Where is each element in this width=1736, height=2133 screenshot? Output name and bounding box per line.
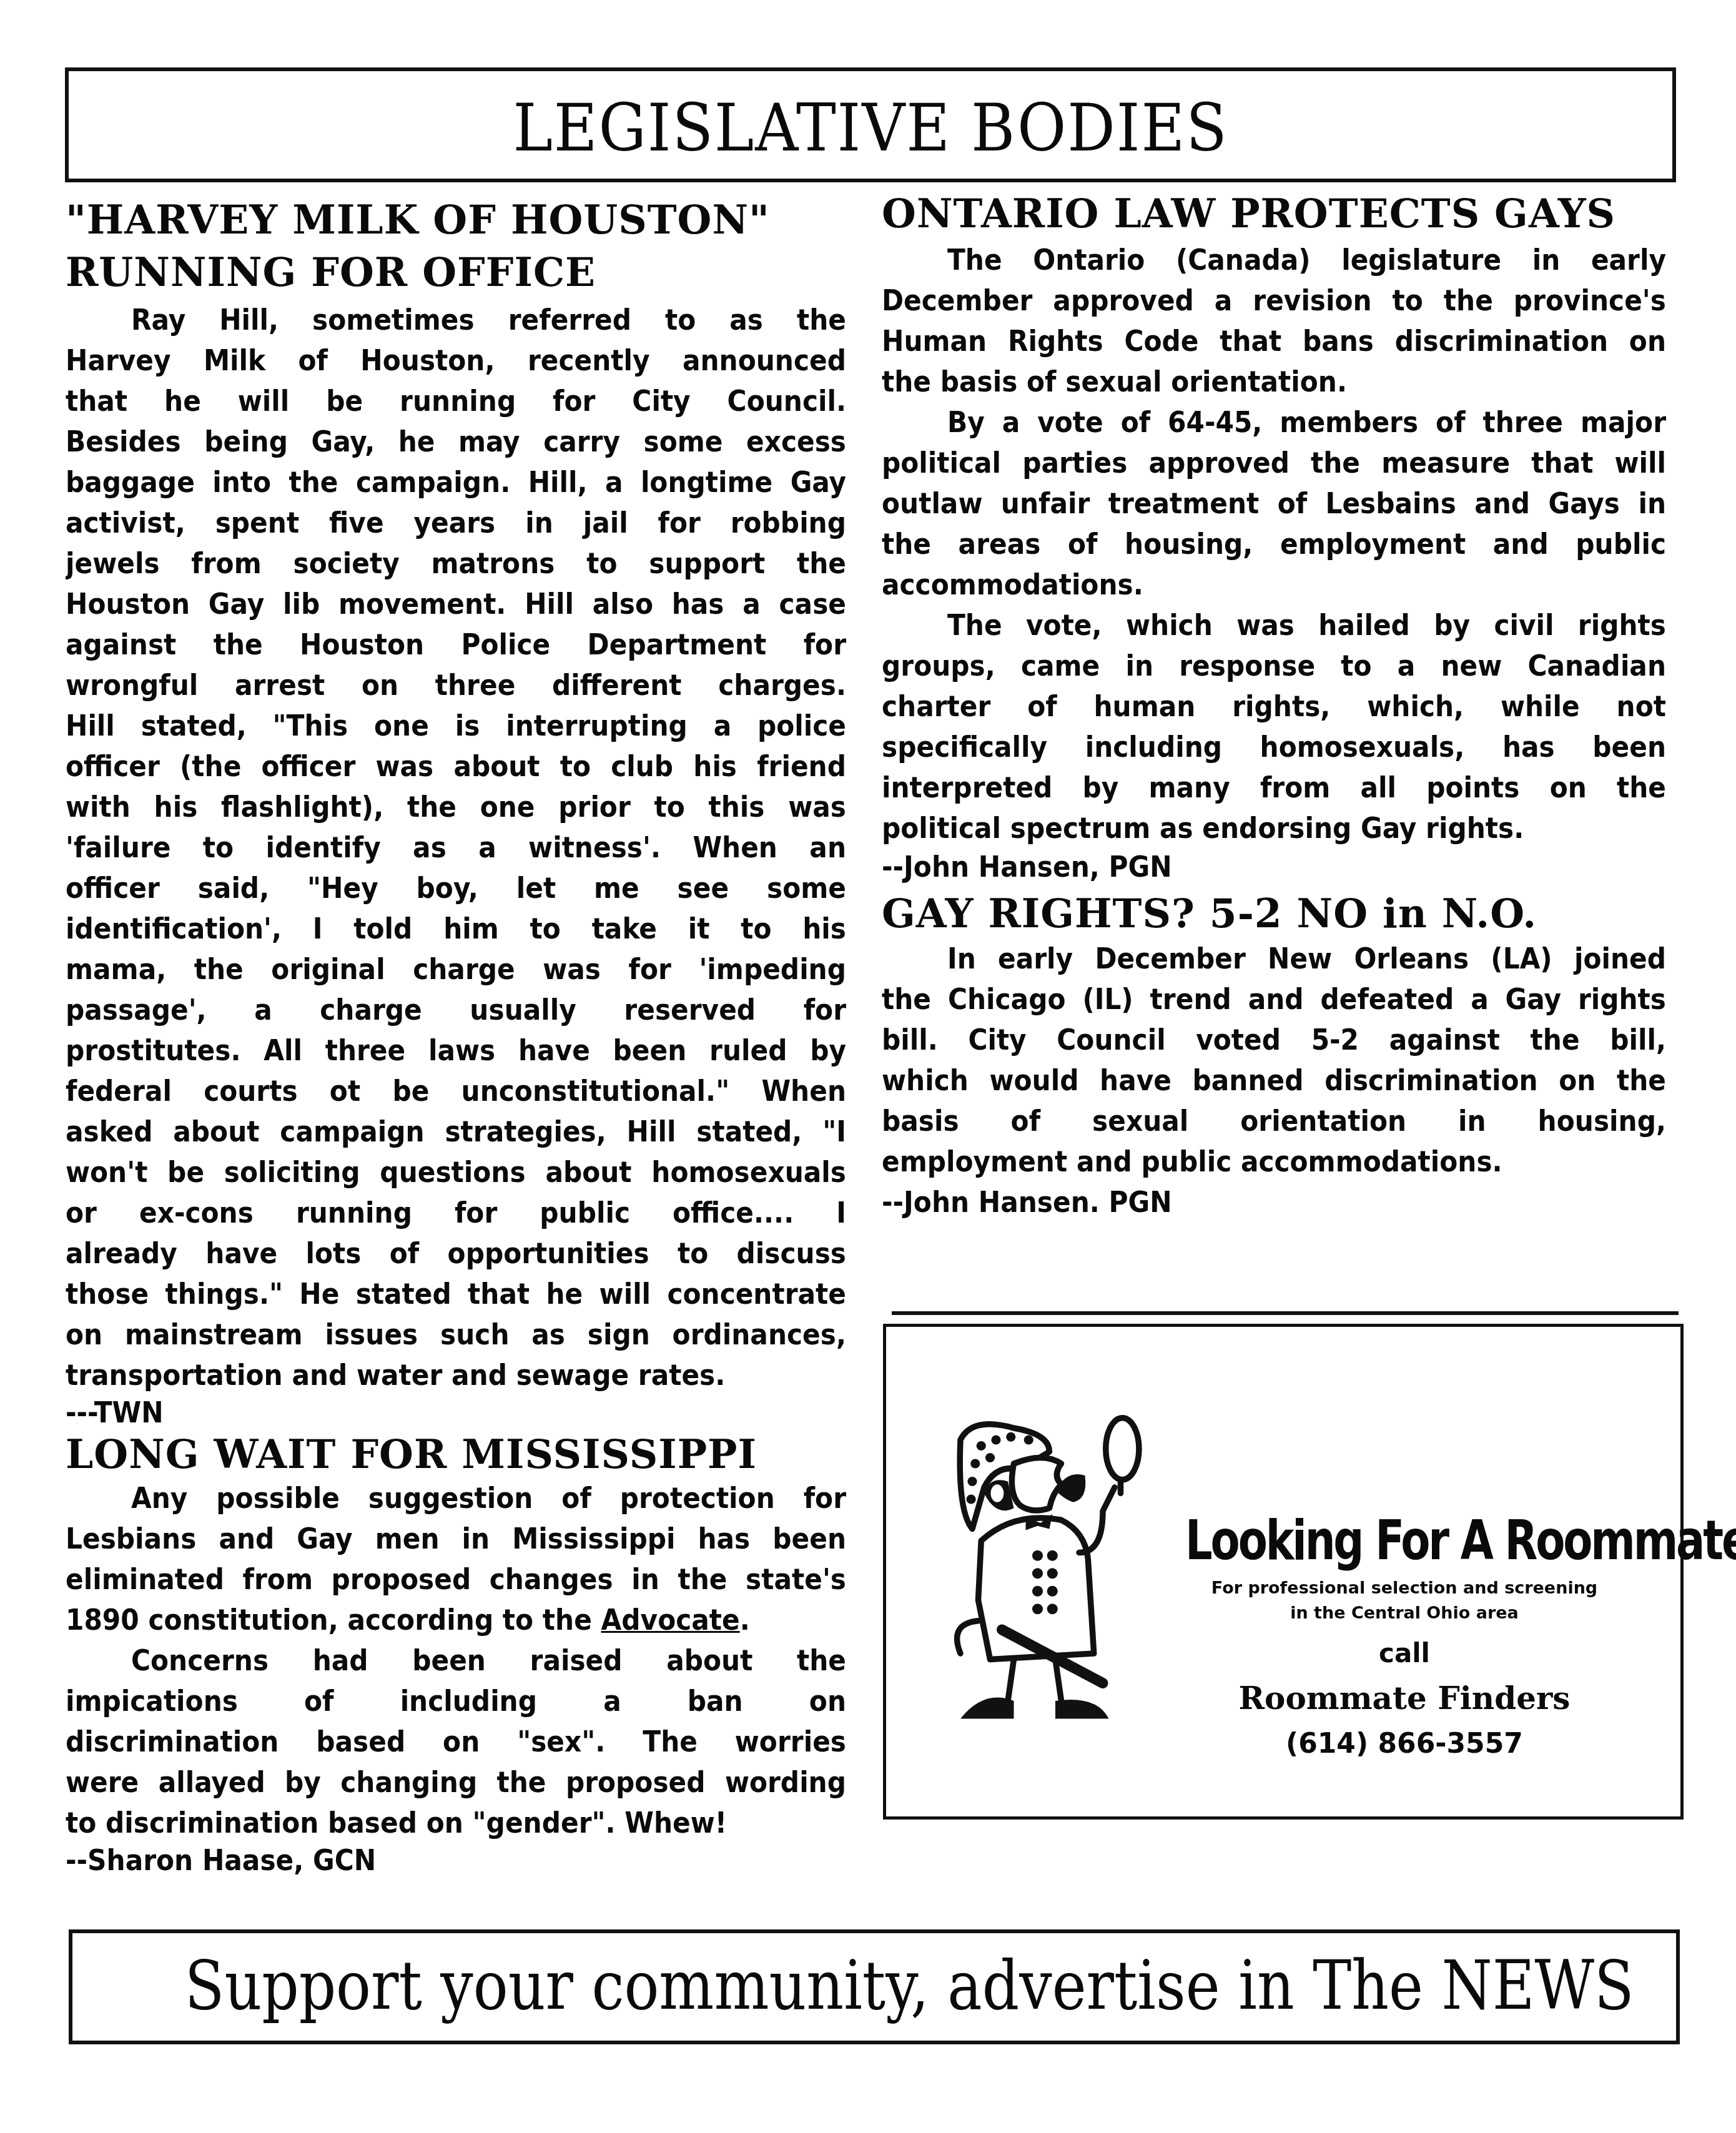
text-line: 'failure to identify as a witness'. When… xyxy=(66,827,846,868)
headline: "HARVEY MILK OF HOUSTON" xyxy=(66,194,846,246)
text-line: passage', a charge usually reserved for xyxy=(66,990,846,1030)
text-line: The Ontario (Canada) legislature in earl… xyxy=(882,240,1666,280)
text-line: federal courts ot be unconstitutional." … xyxy=(66,1071,846,1111)
text-line: discrimination based on "sex". The worri… xyxy=(66,1722,846,1762)
ad-call-label: call xyxy=(1198,1638,1610,1668)
text-line: Hill stated, "This one is interrupting a… xyxy=(66,706,846,746)
text-line: Harvey Milk of Houston, recently announc… xyxy=(66,340,846,381)
advertisement-box: Looking For A Roommate? For professional… xyxy=(883,1324,1684,1820)
text-line: the areas of housing, employment and pub… xyxy=(882,524,1666,564)
text-line: accommodations. xyxy=(882,564,1666,605)
text-line: which would have banned discrimination o… xyxy=(882,1060,1666,1101)
section-header-box: LEGISLATIVE BODIES xyxy=(65,67,1676,182)
left-column: "HARVEY MILK OF HOUSTON" RUNNING FOR OFF… xyxy=(66,194,846,1878)
headline: LONG WAIT FOR MISSISSIPPI xyxy=(66,1431,846,1478)
byline: --John Hansen, PGN xyxy=(882,849,1666,886)
divider-rule xyxy=(892,1311,1679,1315)
text-line: were allayed by changing the proposed wo… xyxy=(66,1762,846,1803)
text-line: the Chicago (IL) trend and defeated a Ga… xyxy=(882,979,1666,1020)
text-line: identification', I told him to take it t… xyxy=(66,909,846,949)
period: . xyxy=(740,1603,750,1637)
article-mississippi: LONG WAIT FOR MISSISSIPPI Any possible s… xyxy=(66,1431,846,1878)
section-title: LEGISLATIVE BODIES xyxy=(133,90,1609,166)
ad-title: Looking For A Roommate? xyxy=(1185,1508,1624,1572)
text-line: December approved a revision to the prov… xyxy=(882,280,1666,321)
text-line: political parties approved the measure t… xyxy=(882,443,1666,483)
text-line: officer (the officer was about to club h… xyxy=(66,746,846,787)
text-line: 1890 constitution, according to the Advo… xyxy=(66,1600,846,1640)
ad-phone-number: (614) 866-3557 xyxy=(1198,1728,1610,1760)
text-line: Lesbians and Gay men in Mississippi has … xyxy=(66,1519,846,1559)
text-line: interpreted by many from all points on t… xyxy=(882,767,1666,808)
ad-subtitle-line-1: For professional selection and screening xyxy=(1198,1577,1610,1600)
text-span: 1890 constitution, according to the xyxy=(66,1603,601,1637)
text-line: asked about campaign strategies, Hill st… xyxy=(66,1111,846,1152)
article-body: Ray Hill, sometimes referred to as the H… xyxy=(66,300,846,1431)
text-line: eliminated from proposed changes in the … xyxy=(66,1559,846,1600)
article-ontario: ONTARIO LAW PROTECTS GAYS The Ontario (C… xyxy=(882,187,1666,886)
text-line: basis of sexual orientation in housing, xyxy=(882,1101,1666,1141)
text-line: baggage into the campaign. Hill, a longt… xyxy=(66,462,846,503)
text-line: bill. City Council voted 5-2 against the… xyxy=(882,1020,1666,1060)
text-line: By a vote of 64-45, members of three maj… xyxy=(882,402,1666,443)
text-line: with his flashlight), the one prior to t… xyxy=(66,787,846,827)
text-line: In early December New Orleans (LA) joine… xyxy=(882,938,1666,979)
text-line: mama, the original charge was for 'imped… xyxy=(66,949,846,990)
text-line: already have lots of opportunities to di… xyxy=(66,1233,846,1274)
footer-banner-box: Support your community, advertise in The… xyxy=(69,1929,1680,2044)
text-line: to discrimination based on "gender". Whe… xyxy=(66,1803,846,1843)
text-line: Human Rights Code that bans discriminati… xyxy=(882,321,1666,362)
text-line: won't be soliciting questions about homo… xyxy=(66,1152,846,1193)
text-line: The vote, which was hailed by civil righ… xyxy=(882,605,1666,646)
text-line: Besides being Gay, he may carry some exc… xyxy=(66,421,846,462)
text-line: transportation and water and sewage rate… xyxy=(66,1355,846,1396)
text-line: or ex-cons running for public office....… xyxy=(66,1193,846,1233)
text-line: groups, came in response to a new Canadi… xyxy=(882,646,1666,686)
text-line: activist, spent five years in jail for r… xyxy=(66,503,846,543)
byline: ---TWN xyxy=(66,1396,846,1431)
text-line: employment and public accommodations. xyxy=(882,1141,1666,1182)
detective-with-magnifying-glass-icon xyxy=(925,1402,1162,1739)
text-line: jewels from society matrons to support t… xyxy=(66,543,846,584)
text-line: those things." He stated that he will co… xyxy=(66,1274,846,1314)
text-line: prostitutes. All three laws have been ru… xyxy=(66,1030,846,1071)
text-line: the basis of sexual orientation. xyxy=(882,362,1666,402)
text-line: Concerns had been raised about the xyxy=(66,1640,846,1681)
ad-subtitle-line-2: in the Central Ohio area xyxy=(1198,1602,1610,1625)
right-column: ONTARIO LAW PROTECTS GAYS The Ontario (C… xyxy=(882,187,1666,1223)
text-line: specifically including homosexuals, has … xyxy=(882,727,1666,767)
article-body: The Ontario (Canada) legislature in earl… xyxy=(882,240,1666,886)
text-line: Any possible suggestion of protection fo… xyxy=(66,1478,846,1519)
article-body: Any possible suggestion of protection fo… xyxy=(66,1478,846,1878)
text-line: on mainstream issues such as sign ordina… xyxy=(66,1314,846,1355)
source-link-advocate: Advocate xyxy=(601,1603,740,1637)
text-line: impications of including a ban on xyxy=(66,1681,846,1722)
text-line: outlaw unfair treatment of Lesbains and … xyxy=(882,483,1666,524)
ad-company-name: Roommate Finders xyxy=(1161,1680,1648,1717)
text-line: political spectrum as endorsing Gay righ… xyxy=(882,808,1666,849)
article-harvey-milk: "HARVEY MILK OF HOUSTON" RUNNING FOR OFF… xyxy=(66,194,846,1431)
byline: --Sharon Haase, GCN xyxy=(66,1843,846,1878)
text-line: charter of human rights, which, while no… xyxy=(882,686,1666,727)
headline: GAY RIGHTS? 5-2 NO in N.O. xyxy=(882,889,1666,938)
text-line: wrongful arrest on three different charg… xyxy=(66,665,846,706)
text-line: Ray Hill, sometimes referred to as the xyxy=(66,300,846,340)
article-body: In early December New Orleans (LA) joine… xyxy=(882,938,1666,1223)
text-line: against the Houston Police Department fo… xyxy=(66,624,846,665)
byline: --John Hansen. PGN xyxy=(882,1182,1666,1223)
footer-banner-text: Support your community, advertise in The… xyxy=(185,1947,1564,2025)
text-line: Houston Gay lib movement. Hill also has … xyxy=(66,584,846,624)
article-new-orleans: GAY RIGHTS? 5-2 NO in N.O. In early Dece… xyxy=(882,889,1666,1223)
headline: RUNNING FOR OFFICE xyxy=(66,246,846,298)
headline: ONTARIO LAW PROTECTS GAYS xyxy=(882,187,1666,240)
text-line: officer said, "Hey boy, let me see some xyxy=(66,868,846,909)
text-line: that he will be running for City Council… xyxy=(66,381,846,421)
